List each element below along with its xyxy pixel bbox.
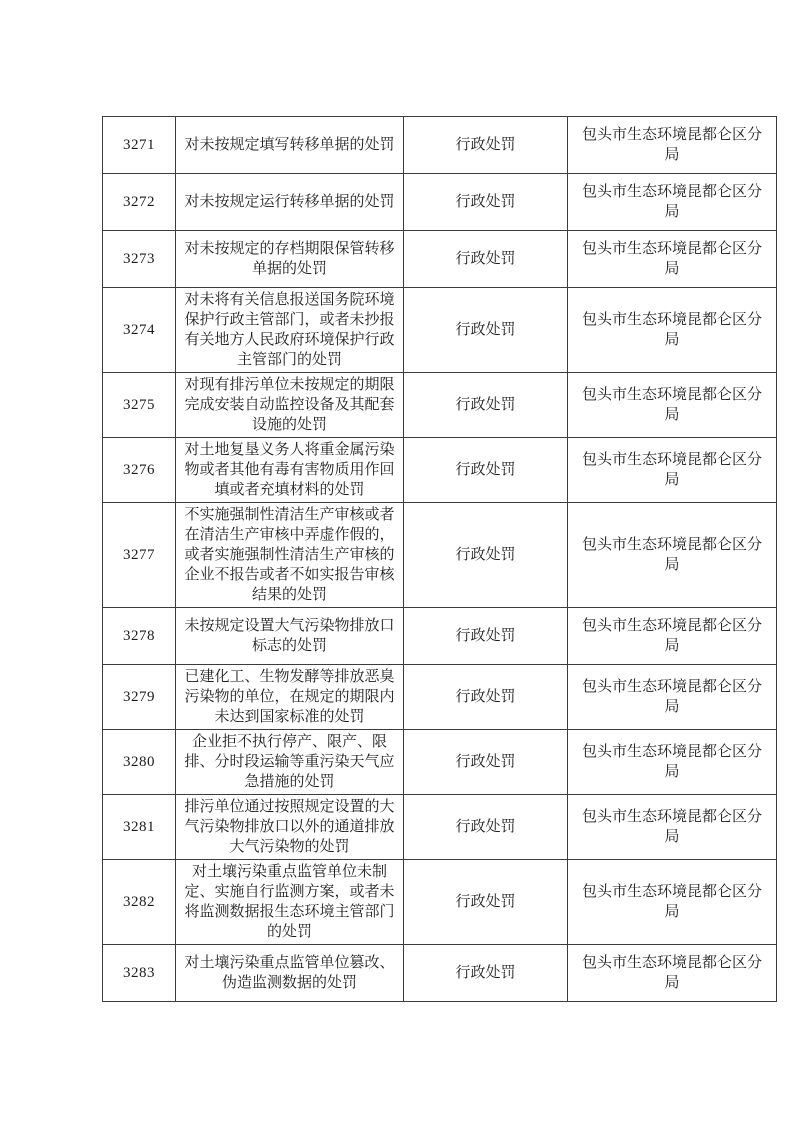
penalty-type-cell: 行政处罚: [404, 860, 568, 945]
penalty-description-cell: 不实施强制性清洁生产审核或者 在清洁生产审核中弄虚作假的， 或者实施强制性清洁生…: [176, 503, 404, 608]
row-number-cell: 3272: [103, 174, 176, 231]
agency-cell: 包头市生态环境昆都仑区分 局: [568, 608, 777, 665]
penalty-description-cell: 排污单位通过按照规定设置的大 气污染物排放口以外的通道排放 大气污染物的处罚: [176, 795, 404, 860]
penalty-table: 3271 对未按规定填写转移单据的处罚 行政处罚 包头市生态环境昆都仑区分 局 …: [102, 116, 777, 1002]
penalty-type-cell: 行政处罚: [404, 730, 568, 795]
penalty-description-cell: 对现有排污单位未按规定的期限 完成安装自动监控设备及其配套 设施的处罚: [176, 373, 404, 438]
agency-cell: 包头市生态环境昆都仑区分 局: [568, 438, 777, 503]
penalty-table-body: 3271 对未按规定填写转移单据的处罚 行政处罚 包头市生态环境昆都仑区分 局 …: [103, 117, 777, 1002]
penalty-description-cell: 企业拒不执行停产、限产、限 排、分时段运输等重污染天气应 急措施的处罚: [176, 730, 404, 795]
penalty-type-cell: 行政处罚: [404, 665, 568, 730]
agency-cell: 包头市生态环境昆都仑区分 局: [568, 503, 777, 608]
table-row: 3272 对未按规定运行转移单据的处罚 行政处罚 包头市生态环境昆都仑区分 局: [103, 174, 777, 231]
agency-cell: 包头市生态环境昆都仑区分 局: [568, 945, 777, 1002]
document-page: 3271 对未按规定填写转移单据的处罚 行政处罚 包头市生态环境昆都仑区分 局 …: [0, 0, 793, 1122]
row-number-cell: 3271: [103, 117, 176, 174]
table-row: 3273 对未按规定的存档期限保管转移 单据的处罚 行政处罚 包头市生态环境昆都…: [103, 231, 777, 288]
row-number-cell: 3279: [103, 665, 176, 730]
table-row: 3280 企业拒不执行停产、限产、限 排、分时段运输等重污染天气应 急措施的处罚…: [103, 730, 777, 795]
agency-cell: 包头市生态环境昆都仑区分 局: [568, 174, 777, 231]
penalty-description-cell: 对土地复垦义务人将重金属污染 物或者其他有毒有害物质用作回 填或者充填材料的处罚: [176, 438, 404, 503]
penalty-description-cell: 未按规定设置大气污染物排放口 标志的处罚: [176, 608, 404, 665]
table-row: 3283 对土壤污染重点监管单位篡改、 伪造监测数据的处罚 行政处罚 包头市生态…: [103, 945, 777, 1002]
table-row: 3277 不实施强制性清洁生产审核或者 在清洁生产审核中弄虚作假的， 或者实施强…: [103, 503, 777, 608]
table-row: 3276 对土地复垦义务人将重金属污染 物或者其他有毒有害物质用作回 填或者充填…: [103, 438, 777, 503]
penalty-type-cell: 行政处罚: [404, 117, 568, 174]
row-number-cell: 3277: [103, 503, 176, 608]
row-number-cell: 3282: [103, 860, 176, 945]
agency-cell: 包头市生态环境昆都仑区分 局: [568, 730, 777, 795]
table-row: 3271 对未按规定填写转移单据的处罚 行政处罚 包头市生态环境昆都仑区分 局: [103, 117, 777, 174]
penalty-type-cell: 行政处罚: [404, 608, 568, 665]
agency-cell: 包头市生态环境昆都仑区分 局: [568, 795, 777, 860]
penalty-type-cell: 行政处罚: [404, 795, 568, 860]
table-row: 3274 对未将有关信息报送国务院环境 保护行政主管部门，或者未抄报 有关地方人…: [103, 288, 777, 373]
penalty-description-cell: 对未按规定运行转移单据的处罚: [176, 174, 404, 231]
agency-cell: 包头市生态环境昆都仑区分 局: [568, 117, 777, 174]
penalty-type-cell: 行政处罚: [404, 438, 568, 503]
table-row: 3281 排污单位通过按照规定设置的大 气污染物排放口以外的通道排放 大气污染物…: [103, 795, 777, 860]
penalty-description-cell: 对未按规定填写转移单据的处罚: [176, 117, 404, 174]
row-number-cell: 3278: [103, 608, 176, 665]
penalty-type-cell: 行政处罚: [404, 231, 568, 288]
table-row: 3282 对土壤污染重点监管单位未制 定、实施自行监测方案，或者未 将监测数据报…: [103, 860, 777, 945]
row-number-cell: 3275: [103, 373, 176, 438]
table-row: 3279 已建化工、生物发酵等排放恶臭 污染物的单位，在规定的期限内 未达到国家…: [103, 665, 777, 730]
penalty-type-cell: 行政处罚: [404, 174, 568, 231]
row-number-cell: 3281: [103, 795, 176, 860]
penalty-type-cell: 行政处罚: [404, 945, 568, 1002]
row-number-cell: 3283: [103, 945, 176, 1002]
row-number-cell: 3274: [103, 288, 176, 373]
row-number-cell: 3280: [103, 730, 176, 795]
agency-cell: 包头市生态环境昆都仑区分 局: [568, 288, 777, 373]
table-row: 3275 对现有排污单位未按规定的期限 完成安装自动监控设备及其配套 设施的处罚…: [103, 373, 777, 438]
penalty-description-cell: 对未将有关信息报送国务院环境 保护行政主管部门，或者未抄报 有关地方人民政府环境…: [176, 288, 404, 373]
penalty-type-cell: 行政处罚: [404, 288, 568, 373]
agency-cell: 包头市生态环境昆都仑区分 局: [568, 231, 777, 288]
penalty-type-cell: 行政处罚: [404, 373, 568, 438]
penalty-description-cell: 对土壤污染重点监管单位未制 定、实施自行监测方案，或者未 将监测数据报生态环境主…: [176, 860, 404, 945]
agency-cell: 包头市生态环境昆都仑区分 局: [568, 860, 777, 945]
row-number-cell: 3276: [103, 438, 176, 503]
row-number-cell: 3273: [103, 231, 176, 288]
agency-cell: 包头市生态环境昆都仑区分 局: [568, 373, 777, 438]
penalty-description-cell: 对土壤污染重点监管单位篡改、 伪造监测数据的处罚: [176, 945, 404, 1002]
penalty-type-cell: 行政处罚: [404, 503, 568, 608]
agency-cell: 包头市生态环境昆都仑区分 局: [568, 665, 777, 730]
penalty-description-cell: 对未按规定的存档期限保管转移 单据的处罚: [176, 231, 404, 288]
table-row: 3278 未按规定设置大气污染物排放口 标志的处罚 行政处罚 包头市生态环境昆都…: [103, 608, 777, 665]
penalty-description-cell: 已建化工、生物发酵等排放恶臭 污染物的单位，在规定的期限内 未达到国家标准的处罚: [176, 665, 404, 730]
